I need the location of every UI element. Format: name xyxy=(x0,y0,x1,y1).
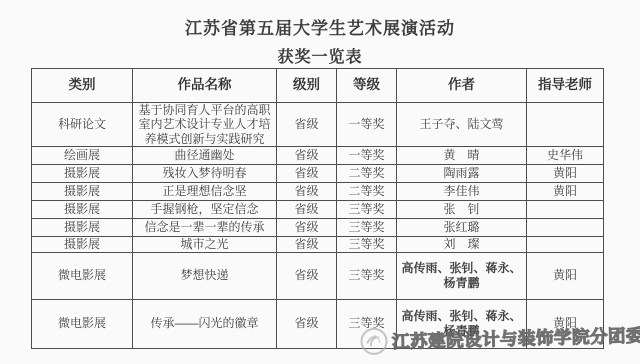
cell-category: 摄影展 xyxy=(32,219,133,237)
cell-grade: 一等奖 xyxy=(337,147,397,165)
cell-level: 省级 xyxy=(277,219,337,237)
cell-authors: 王子夺、陆文莺 xyxy=(397,103,527,147)
cell-work-title: 残妆入梦待明春 xyxy=(133,165,277,183)
cell-grade: 一等奖 xyxy=(337,103,397,147)
cell-advisor: 史华伟 xyxy=(527,147,604,165)
cell-work-title: 曲径通幽处 xyxy=(133,147,277,165)
cell-grade: 二等奖 xyxy=(337,165,397,183)
award-table: 类别 作品名称 级别 等级 作者 指导老师 科研论文 基于协同育人平台的高职室内… xyxy=(31,68,604,349)
header-advisor: 指导老师 xyxy=(527,69,604,103)
cell-advisor xyxy=(527,103,604,147)
cell-category: 摄影展 xyxy=(32,201,133,219)
table-row: 科研论文 基于协同育人平台的高职室内艺术设计专业人才培养模式创新与实践研究 省级… xyxy=(32,103,604,147)
cell-grade: 三等奖 xyxy=(337,252,397,299)
cell-advisor xyxy=(527,237,604,252)
cell-grade: 三等奖 xyxy=(337,299,397,348)
cell-category: 科研论文 xyxy=(32,103,133,147)
cell-work-title: 梦想快递 xyxy=(133,252,277,299)
table-row: 摄影展 信念是一辈一辈的传承 省级 三等奖 张红璐 xyxy=(32,219,604,237)
cell-advisor xyxy=(527,219,604,237)
cell-advisor: 黄阳 xyxy=(527,165,604,183)
cell-category: 绘画展 xyxy=(32,147,133,165)
cell-category: 微电影展 xyxy=(32,252,133,299)
cell-authors: 高传雨、张钊、蒋永、杨青鹏 xyxy=(397,299,527,348)
cell-authors: 刘 璨 xyxy=(397,237,527,252)
header-level: 级别 xyxy=(277,69,337,103)
cell-work-title: 信念是一辈一辈的传承 xyxy=(133,219,277,237)
cell-grade: 三等奖 xyxy=(337,219,397,237)
cell-authors: 陶雨露 xyxy=(397,165,527,183)
document-page: 江苏省第五届大学生艺术展演活动 获奖一览表 类别 作品名称 级别 等级 作者 指… xyxy=(0,0,640,364)
cell-authors: 高传雨、张钊、蒋永、杨青鹏 xyxy=(397,252,527,299)
cell-work-title: 传承——闪光的徽章 xyxy=(133,299,277,348)
table-header-row: 类别 作品名称 级别 等级 作者 指导老师 xyxy=(32,69,604,103)
cell-category: 摄影展 xyxy=(32,237,133,252)
cell-authors: 黄 晴 xyxy=(397,147,527,165)
cell-level: 省级 xyxy=(277,103,337,147)
cell-advisor xyxy=(527,201,604,219)
cell-work-title: 正是理想信念坚 xyxy=(133,183,277,201)
header-authors: 作者 xyxy=(397,69,527,103)
cell-advisor: 黄阳 xyxy=(527,299,604,348)
header-category: 类别 xyxy=(32,69,133,103)
cell-grade: 三等奖 xyxy=(337,237,397,252)
cell-level: 省级 xyxy=(277,201,337,219)
cell-work-title: 城市之光 xyxy=(133,237,277,252)
cell-authors: 李佳伟 xyxy=(397,183,527,201)
page-subtitle: 获奖一览表 xyxy=(0,44,640,67)
cell-work-title: 基于协同育人平台的高职室内艺术设计专业人才培养模式创新与实践研究 xyxy=(133,103,277,147)
header-grade: 等级 xyxy=(337,69,397,103)
cell-advisor: 黄阳 xyxy=(527,252,604,299)
cell-category: 微电影展 xyxy=(32,299,133,348)
table-row: 摄影展 正是理想信念坚 省级 二等奖 李佳伟 黄阳 xyxy=(32,183,604,201)
cell-grade: 三等奖 xyxy=(337,201,397,219)
cell-level: 省级 xyxy=(277,237,337,252)
table-row: 微电影展 传承——闪光的徽章 省级 三等奖 高传雨、张钊、蒋永、杨青鹏 黄阳 xyxy=(32,299,604,348)
table-row: 绘画展 曲径通幽处 省级 一等奖 黄 晴 史华伟 xyxy=(32,147,604,165)
cell-authors: 张 钊 xyxy=(397,201,527,219)
cell-work-title: 手握钢枪，坚定信念 xyxy=(133,201,277,219)
page-title: 江苏省第五届大学生艺术展演活动 xyxy=(0,14,640,39)
cell-authors: 张红璐 xyxy=(397,219,527,237)
cell-advisor: 黄阳 xyxy=(527,183,604,201)
cell-grade: 二等奖 xyxy=(337,183,397,201)
table-row: 摄影展 城市之光 省级 三等奖 刘 璨 xyxy=(32,237,604,252)
table-row: 摄影展 手握钢枪，坚定信念 省级 三等奖 张 钊 xyxy=(32,201,604,219)
table-row: 摄影展 残妆入梦待明春 省级 二等奖 陶雨露 黄阳 xyxy=(32,165,604,183)
cell-category: 摄影展 xyxy=(32,183,133,201)
header-work-title: 作品名称 xyxy=(133,69,277,103)
cell-level: 省级 xyxy=(277,183,337,201)
cell-level: 省级 xyxy=(277,165,337,183)
cell-level: 省级 xyxy=(277,147,337,165)
cell-category: 摄影展 xyxy=(32,165,133,183)
cell-level: 省级 xyxy=(277,252,337,299)
table-row: 微电影展 梦想快递 省级 三等奖 高传雨、张钊、蒋永、杨青鹏 黄阳 xyxy=(32,252,604,299)
cell-level: 省级 xyxy=(277,299,337,348)
